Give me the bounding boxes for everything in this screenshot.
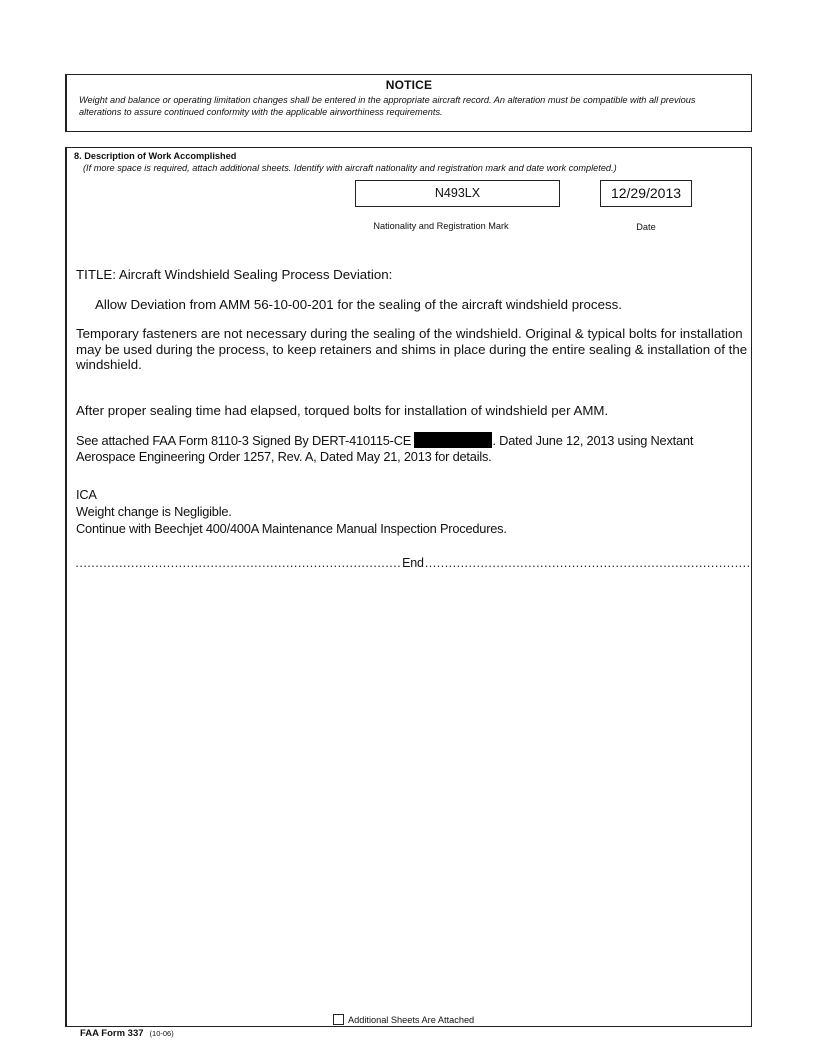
notice-title: NOTICE	[67, 78, 751, 92]
description-of-work-section: 8. Description of Work Accomplished (If …	[65, 147, 752, 1027]
torque-paragraph: After proper sealing time had elapsed, t…	[76, 403, 750, 419]
section-heading: 8. Description of Work Accomplished	[74, 151, 236, 161]
ica-heading: ICA	[76, 487, 750, 503]
registration-mark-label: Nationality and Registration Mark	[355, 221, 527, 231]
additional-sheets-option[interactable]: Additional Sheets Are Attached	[333, 1014, 474, 1025]
dot-leader-left: ........................................…	[76, 556, 401, 570]
additional-sheets-label: Additional Sheets Are Attached	[348, 1015, 474, 1025]
end-marker: End	[401, 556, 425, 570]
reference-paragraph: See attached FAA Form 8110-3 Signed By D…	[76, 432, 750, 464]
date-label: Date	[600, 222, 692, 232]
deviation-statement: Allow Deviation from AMM 56-10-00-201 fo…	[76, 297, 769, 313]
redacted-name-block	[414, 432, 492, 448]
end-marker-line: ........................................…	[76, 556, 750, 570]
additional-sheets-checkbox[interactable]	[333, 1014, 344, 1025]
dot-leader-right: ........................................…	[425, 556, 750, 570]
date-field[interactable]: 12/29/2013	[600, 180, 692, 207]
ica-continue-statement: Continue with Beechjet 400/400A Maintena…	[76, 521, 750, 537]
ica-weight-statement: Weight change is Negligible.	[76, 504, 750, 520]
notice-box: NOTICE Weight and balance or operating l…	[65, 74, 752, 132]
reference-text-start: See attached FAA Form 8110-3 Signed By D…	[76, 433, 414, 448]
work-title: TITLE: Aircraft Windshield Sealing Proce…	[76, 267, 750, 283]
fasteners-paragraph: Temporary fasteners are not necessary du…	[76, 326, 750, 373]
section-instructions: (If more space is required, attach addit…	[83, 163, 617, 173]
notice-text: Weight and balance or operating limitati…	[79, 94, 731, 118]
form-revision: (10-06)	[150, 1029, 174, 1038]
form-name: FAA Form 337	[80, 1028, 144, 1039]
form-footer: FAA Form 337(10-06)	[80, 1028, 174, 1039]
registration-mark-field[interactable]: N493LX	[355, 180, 560, 207]
